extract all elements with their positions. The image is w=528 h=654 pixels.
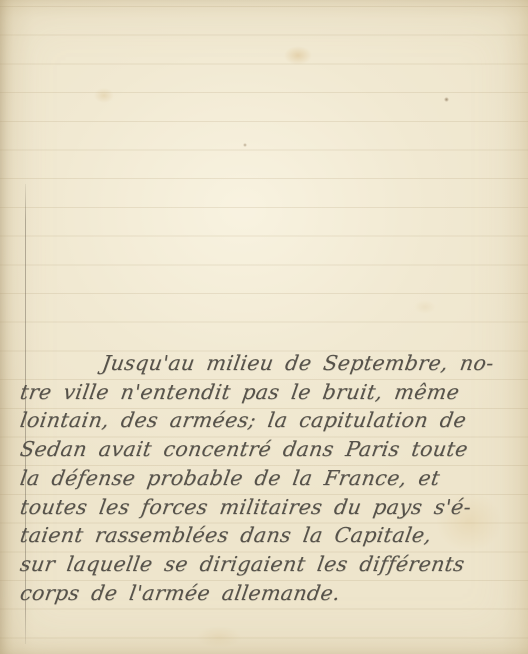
manuscript-line: la défense probable de la France, et bbox=[18, 464, 528, 493]
manuscript-line: Jusqu'au milieu de Septembre, no- bbox=[18, 349, 528, 378]
manuscript-line: lointain, des armées; la capitulation de bbox=[18, 406, 528, 435]
paper-stain bbox=[94, 88, 114, 103]
paper-stain bbox=[414, 300, 436, 314]
paper-stain bbox=[196, 626, 242, 648]
manuscript-line: corps de l'armée allemande. bbox=[18, 579, 528, 608]
manuscript-line: Sedan avait concentré dans Paris toute bbox=[18, 435, 528, 464]
paper-speck bbox=[444, 97, 449, 102]
manuscript-line: taient rassemblées dans la Capitale, bbox=[18, 521, 528, 550]
manuscript-line: tre ville n'entendit pas le bruit, même bbox=[18, 378, 528, 407]
paper-speck bbox=[243, 143, 247, 147]
manuscript-line: sur laquelle se dirigaient les différent… bbox=[18, 550, 528, 579]
manuscript-text: Jusqu'au milieu de Septembre, no- tre vi… bbox=[18, 349, 524, 607]
manuscript-line: toutes les forces militaires du pays s'é… bbox=[18, 493, 528, 522]
manuscript-page: Jusqu'au milieu de Septembre, no- tre vi… bbox=[0, 0, 528, 654]
paper-stain bbox=[284, 46, 312, 65]
